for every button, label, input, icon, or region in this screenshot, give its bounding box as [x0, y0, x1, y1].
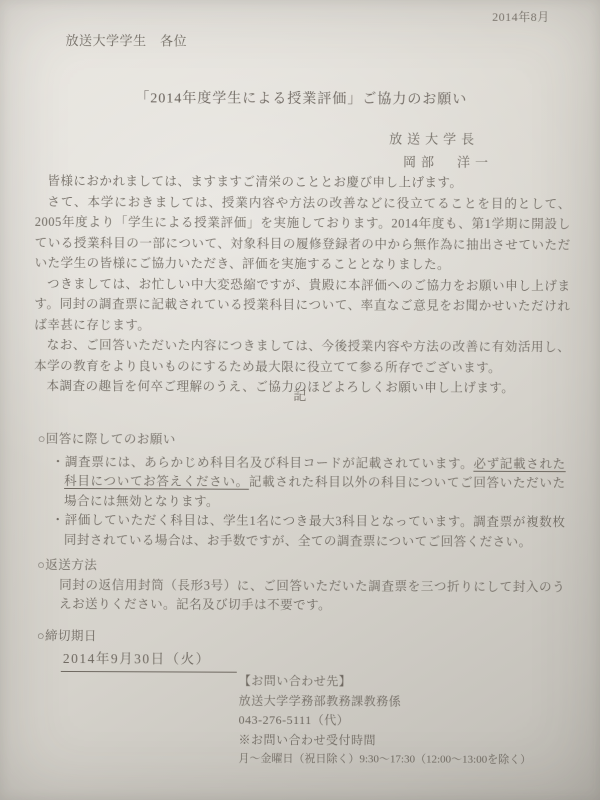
return-method-body: 同封の返信用封筒（長形3号）に、ご回答いただいた調査票を三つ折りにして封入のうえ… [37, 575, 565, 616]
paragraph-request: つきましては、お忙しい中大変恐縮ですが、貴殿に本評価へのご協力をお願い申し上げま… [34, 273, 570, 337]
letter-page: 2014年8月 放送大学学生 各位 「2014年度学生による授業評価」ご協力のお… [0, 0, 600, 800]
bullet-item-subjects: ・調査票には、あらかじめ科目名及び科目コードが記載されています。必ず記載された科… [52, 452, 566, 513]
answer-request-bullets: ・調査票には、あらかじめ科目名及び科目コードが記載されています。必ず記載された科… [37, 452, 565, 552]
letter-body: 皆様におかれましては、ますますご清栄のこととお慶び申し上げます。 さて、本学にお… [34, 171, 571, 399]
contact-block: 【お問い合わせ先】 放送大学学務部教務課教務係 043-276-5111（代） … [238, 672, 568, 771]
bullet-item-max-subjects: ・評価していただく科目は、学生1名につき最大3科目となっています。調査票が複数枚… [51, 511, 565, 552]
section-return-method-heading: ○返送方法 [37, 556, 565, 578]
contact-heading: 【お問い合わせ先】 [239, 672, 569, 693]
section-return-method: ○返送方法 同封の返信用封筒（長形3号）に、ご回答いただいた調査票を三つ折りにし… [37, 556, 565, 617]
contact-hours: 月〜金曜日（祝日除く）9:30〜17:30（12:00〜13:00を除く） [238, 750, 568, 771]
sender-block: 放送大学長 岡部 洋一 [389, 128, 493, 170]
paragraph-background: さて、本学におきましては、授業内容や方法の改善などに役立てることを目的として、2… [35, 191, 571, 275]
paragraph-usage: なお、ご回答いただいた内容につきましては、今後授業内容や方法の改善に有効活用し、… [34, 335, 570, 378]
photographed-letter: 2014年8月 放送大学学生 各位 「2014年度学生による授業評価」ご協力のお… [0, 0, 600, 800]
deadline-date: 2014年9月30日（火） [61, 649, 237, 673]
letter-date: 2014年8月 [492, 8, 550, 25]
paragraph-greeting: 皆様におかれましては、ますますご清栄のこととお慶び申し上げます。 [35, 171, 571, 194]
note-marker: 記 [0, 384, 600, 406]
contact-phone: 043-276-5111（代） [239, 711, 569, 732]
sender-organization: 放送大学長 [389, 128, 493, 147]
contact-organization: 放送大学学務部教務課教務係 [239, 691, 569, 712]
letter-title: 「2014年度学生による授業評価」ご協力のお願い [1, 87, 600, 110]
section-deadline-heading: ○締切期日 [37, 626, 237, 647]
contact-hours-label: ※お問い合わせ受付時間 [238, 730, 568, 751]
section-deadline: ○締切期日 2014年9月30日（火） [37, 626, 237, 673]
recipient-line: 放送大学学生 各位 [66, 30, 188, 50]
section-answer-request: ○回答に際してのお願い ・調査票には、あらかじめ科目名及び科目コードが記載されて… [37, 430, 566, 552]
section-answer-request-heading: ○回答に際してのお願い [38, 430, 566, 452]
sender-name: 岡部 洋一 [389, 151, 493, 170]
bullet1-text-pre: ・調査票には、あらかじめ科目名及び科目コードが記載されています。 [52, 454, 474, 470]
